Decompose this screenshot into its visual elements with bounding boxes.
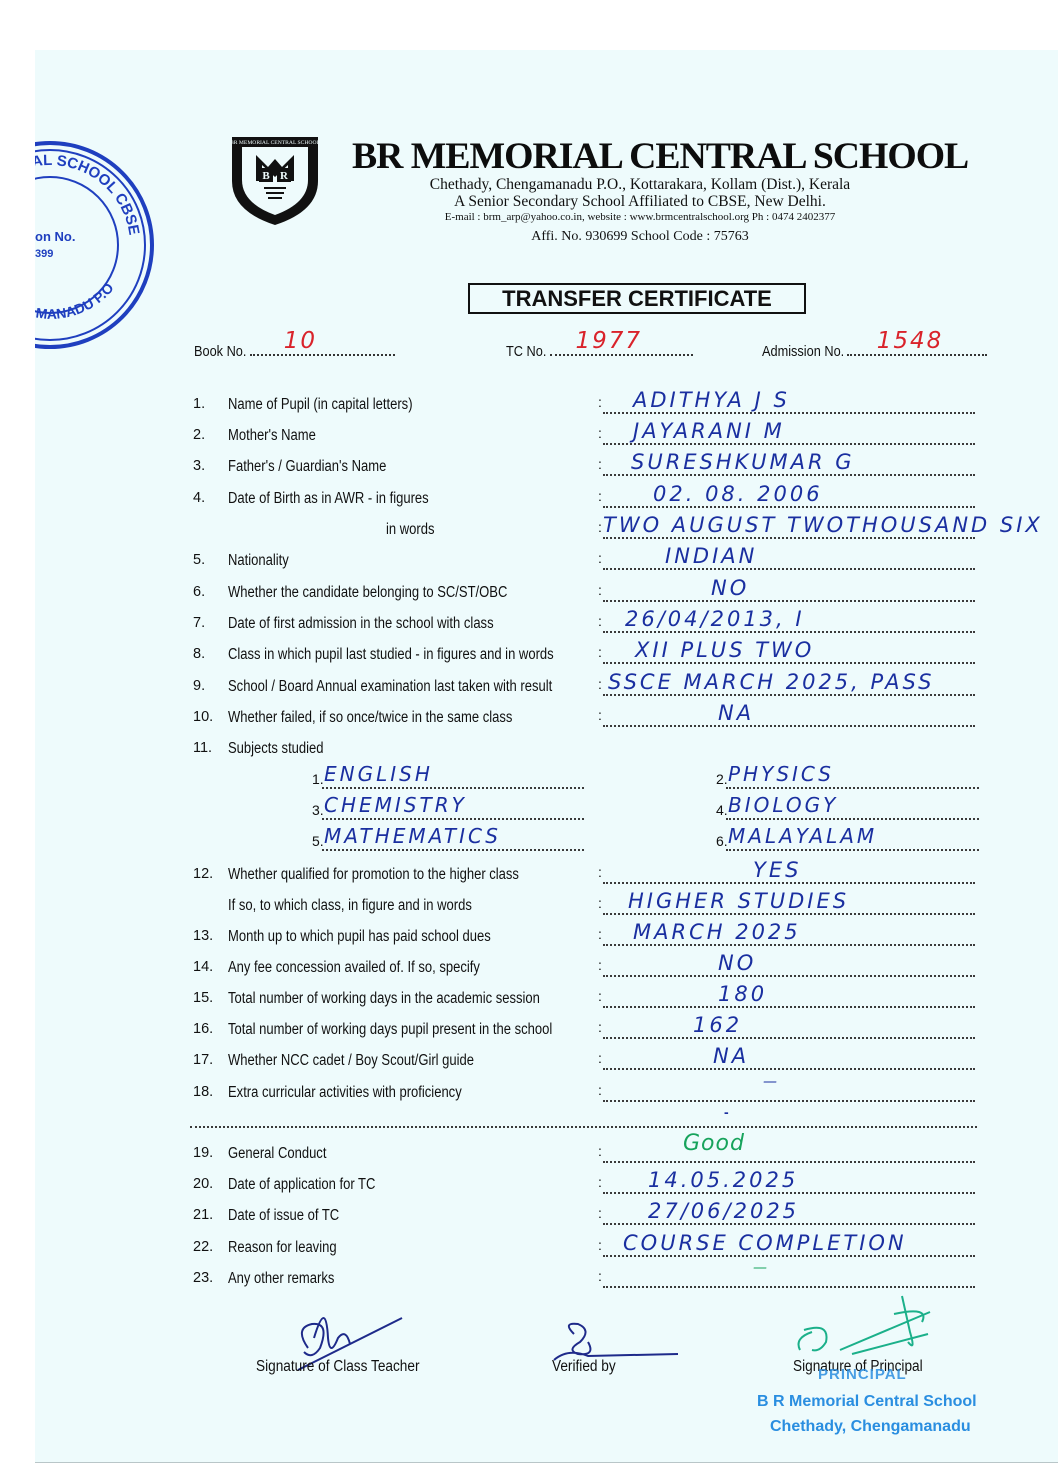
field-line <box>603 537 975 539</box>
subject-name: CHEMISTRY <box>324 793 467 817</box>
field-value: COURSE COMPLETION <box>623 1231 907 1255</box>
field-number: 14. <box>193 959 225 975</box>
book-no-label: Book No. <box>194 343 246 360</box>
field-row: 22.Reason for leaving:COURSE COMPLETION <box>193 1235 983 1259</box>
principal-signature-mark <box>790 1292 940 1362</box>
school-name: BR MEMORIAL CENTRAL SCHOOL <box>352 135 954 178</box>
field-value: 14.05.2025 <box>648 1168 798 1192</box>
field-line <box>603 1006 975 1008</box>
book-no-value: 10 <box>284 328 317 354</box>
subject-name: PHYSICS <box>728 762 834 786</box>
field-label: Whether NCC cadet / Boy Scout/Girl guide <box>228 1052 474 1070</box>
field-colon: : <box>598 644 602 660</box>
field-number: 7. <box>193 615 225 631</box>
field-value: Good <box>683 1131 745 1156</box>
field-row: 14.Any fee concession availed of. If so,… <box>193 955 983 979</box>
field-line <box>603 694 975 696</box>
subject-item: 4.BIOLOGY <box>716 798 979 822</box>
principal-stamp-title: PRINCIPAL <box>818 1366 907 1383</box>
book-no-field: Book No.10 <box>194 340 395 360</box>
field-label: Any fee concession availed of. If so, sp… <box>228 959 480 977</box>
field-number: 12. <box>193 866 225 882</box>
field-number: 3. <box>193 458 225 474</box>
field-number: 16. <box>193 1021 225 1037</box>
field-colon: : <box>598 1268 602 1284</box>
school-address: Chethady, Chengamanadu P.O., Kottarakara… <box>340 176 940 194</box>
admission-no-field: Admission No.1548 <box>762 340 987 360</box>
field-label: Date of first admission in the school wi… <box>228 615 494 633</box>
field-value: XII PLUS TWO <box>635 638 814 662</box>
field-label: Total number of working days pupil prese… <box>228 1021 552 1039</box>
field-number: 11. <box>193 740 225 756</box>
field-label: School / Board Annual examination last t… <box>228 678 552 696</box>
field-value: 27/06/2025 <box>648 1199 799 1223</box>
field-value: NA <box>713 1044 749 1068</box>
principal-stamp-school: B R Memorial Central School <box>757 1393 977 1411</box>
subject-number: 1. <box>312 771 324 787</box>
field-line <box>603 412 975 414</box>
field-value: NO <box>711 576 749 600</box>
field-colon: : <box>598 676 602 692</box>
school-codes: Affi. No. 930699 School Code : 75763 <box>340 229 940 245</box>
subject-line <box>726 818 979 820</box>
admission-no-value: 1548 <box>877 328 944 354</box>
subject-line <box>726 849 979 851</box>
field-line <box>603 443 975 445</box>
field-row: 15.Total number of working days in the a… <box>193 986 983 1010</box>
field-number: 22. <box>193 1239 225 1255</box>
field-label: Extra curricular activities with profici… <box>228 1084 462 1102</box>
field-row: 2.Mother's Name:JAYARANI M <box>193 423 983 447</box>
field-value: INDIAN <box>665 544 757 568</box>
field-number: 4. <box>193 490 225 506</box>
field-line <box>603 1100 975 1102</box>
field-colon: : <box>598 988 602 1004</box>
field-colon: : <box>598 394 602 410</box>
field-row: 12.Whether qualified for promotion to th… <box>193 862 983 886</box>
field-value: YES <box>753 858 801 882</box>
field-value: 162 <box>693 1013 742 1037</box>
field-label: Father's / Guardian's Name <box>228 458 386 476</box>
field-label: in words <box>386 521 434 539</box>
tc-no-label: TC No. <box>506 343 546 360</box>
field-line <box>603 1161 975 1163</box>
field-line <box>603 1255 975 1257</box>
subject-item: 5.MATHEMATICS <box>312 829 584 853</box>
subject-item: 3.CHEMISTRY <box>312 798 584 822</box>
field-row: 5.Nationality:INDIAN <box>193 548 983 572</box>
field-label: If so, to which class, in figure and in … <box>228 897 472 915</box>
field-colon: : <box>598 519 602 535</box>
field-number: 21. <box>193 1207 225 1223</box>
subject-line <box>322 787 584 789</box>
field-number: 2. <box>193 427 225 443</box>
field-colon: : <box>598 1143 602 1159</box>
field-line <box>603 1068 975 1070</box>
extra-line-mark: - <box>724 1104 729 1120</box>
field-line <box>603 1286 975 1288</box>
subject-name: ENGLISH <box>324 762 433 786</box>
field-line <box>603 474 975 476</box>
field-row: 20.Date of application for TC:14.05.2025 <box>193 1172 983 1196</box>
field-colon: : <box>598 1237 602 1253</box>
field-value: 02. 08. 2006 <box>653 482 823 506</box>
field-row: 7.Date of first admission in the school … <box>193 611 983 635</box>
field-row: If so, to which class, in figure and in … <box>193 893 983 917</box>
field-value: HIGHER STUDIES <box>628 889 849 913</box>
field-colon: : <box>598 957 602 973</box>
field-value: NA <box>718 701 754 725</box>
field-label: Subjects studied <box>228 740 324 758</box>
subject-number: 2. <box>716 771 728 787</box>
field-value: NO <box>718 951 756 975</box>
field-row: 19.General Conduct:Good <box>193 1141 983 1165</box>
field-label: Whether qualified for promotion to the h… <box>228 866 519 884</box>
certificate-title: TRANSFER CERTIFICATE <box>468 283 806 314</box>
field-row: 1.Name of Pupil (in capital letters):ADI… <box>193 392 983 416</box>
field-row: 8.Class in which pupil last studied - in… <box>193 642 983 666</box>
admission-no-label: Admission No. <box>762 343 844 360</box>
field-line <box>603 882 975 884</box>
field-colon: : <box>598 1082 602 1098</box>
field-value: SSCE MARCH 2025, PASS <box>608 670 934 694</box>
subject-number: 3. <box>312 802 324 818</box>
field-row: 9.School / Board Annual examination last… <box>193 674 983 698</box>
field-row: 3.Father's / Guardian's Name:SURESHKUMAR… <box>193 454 983 478</box>
field-number: 17. <box>193 1052 225 1068</box>
field-line <box>603 1037 975 1039</box>
field-label: Total number of working days in the acad… <box>228 990 540 1008</box>
subject-name: MATHEMATICS <box>324 824 501 848</box>
field-number: 9. <box>193 678 225 694</box>
field-colon: : <box>598 613 602 629</box>
subject-item: 6.MALAYALAM <box>716 829 979 853</box>
field-label: Whether failed, if so once/twice in the … <box>228 709 512 727</box>
field-colon: : <box>598 864 602 880</box>
page-margin <box>0 0 35 1483</box>
field-row: 16.Total number of working days pupil pr… <box>193 1017 983 1041</box>
field-label: Any other remarks <box>228 1270 334 1288</box>
field-value: JAYARANI M <box>633 419 785 443</box>
field-line <box>603 662 975 664</box>
field-number: 1. <box>193 396 225 412</box>
field-colon: : <box>598 926 602 942</box>
field-row: 23.Any other remarks:— <box>193 1266 983 1290</box>
field-label: General Conduct <box>228 1145 326 1163</box>
field-colon: : <box>598 895 602 911</box>
school-contact: E-mail : brm_arp@yahoo.co.in, website : … <box>340 211 940 223</box>
field-colon: : <box>598 425 602 441</box>
extra-activities-continuation-line <box>190 1126 977 1128</box>
field-value: ADITHYA J S <box>633 388 790 412</box>
field-row: 21.Date of issue of TC:27/06/2025 <box>193 1203 983 1227</box>
school-affiliation: A Senior Secondary School Affiliated to … <box>340 193 940 211</box>
field-line <box>603 975 975 977</box>
field-line <box>603 506 975 508</box>
subject-number: 4. <box>716 802 728 818</box>
subject-line <box>322 818 584 820</box>
field-colon: : <box>598 1205 602 1221</box>
subject-item: 1.ENGLISH <box>312 767 584 791</box>
field-number: 10. <box>193 709 225 725</box>
field-colon: : <box>598 1019 602 1035</box>
subject-number: 6. <box>716 833 728 849</box>
field-value: 180 <box>718 982 767 1006</box>
field-row: 11.Subjects studied <box>193 736 983 760</box>
field-number: 20. <box>193 1176 225 1192</box>
field-line <box>603 600 975 602</box>
field-line <box>603 631 975 633</box>
verified-by-label: Verified by <box>552 1358 616 1376</box>
field-row: in words:TWO AUGUST TWOTHOUSAND SIX <box>193 517 983 541</box>
school-logo: BR MEMORIAL CENTRAL SCHOOL B R <box>228 133 322 227</box>
field-label: Date of application for TC <box>228 1176 375 1194</box>
field-row: 17.Whether NCC cadet / Boy Scout/Girl gu… <box>193 1048 983 1072</box>
field-line <box>603 913 975 915</box>
field-colon: : <box>598 1174 602 1190</box>
field-number: 5. <box>193 552 225 568</box>
field-line <box>603 568 975 570</box>
field-colon: : <box>598 582 602 598</box>
svg-text:B: B <box>262 170 270 182</box>
subject-line <box>322 849 584 851</box>
field-value: SURESHKUMAR G <box>631 450 854 474</box>
class-teacher-signature-label: Signature of Class Teacher <box>256 1358 420 1376</box>
field-number: 19. <box>193 1145 225 1161</box>
subject-name: BIOLOGY <box>728 793 838 817</box>
field-line <box>603 944 975 946</box>
field-value: — <box>763 1074 780 1090</box>
subject-line <box>726 787 979 789</box>
field-colon: : <box>598 707 602 723</box>
logo-top-text: BR MEMORIAL CENTRAL SCHOOL <box>230 140 320 146</box>
stamp-center-line2: 399 <box>35 248 53 260</box>
field-label: Date of Birth as in AWR - in figures <box>228 490 429 508</box>
subject-number: 5. <box>312 833 324 849</box>
field-label: Nationality <box>228 552 289 570</box>
field-value: — <box>753 1260 770 1276</box>
field-colon: : <box>598 1050 602 1066</box>
field-colon: : <box>598 488 602 504</box>
field-number: 15. <box>193 990 225 1006</box>
tc-no-value: 1977 <box>576 328 643 354</box>
field-label: Mother's Name <box>228 427 316 445</box>
field-label: Date of issue of TC <box>228 1207 339 1225</box>
field-value: TWO AUGUST TWOTHOUSAND SIX <box>603 513 1043 537</box>
field-label: Name of Pupil (in capital letters) <box>228 396 413 414</box>
field-number: 23. <box>193 1270 225 1286</box>
tc-no-field: TC No.1977 <box>506 340 693 360</box>
field-number: 18. <box>193 1084 225 1100</box>
field-label: Month up to which pupil has paid school … <box>228 928 491 946</box>
field-line <box>603 1223 975 1225</box>
field-label: Reason for leaving <box>228 1239 337 1257</box>
field-line <box>603 725 975 727</box>
field-row: 6.Whether the candidate belonging to SC/… <box>193 580 983 604</box>
svg-text:R: R <box>280 170 289 182</box>
field-number: 8. <box>193 646 225 662</box>
field-row: 4.Date of Birth as in AWR - in figures:0… <box>193 486 983 510</box>
field-line <box>603 1192 975 1194</box>
subject-item: 2.PHYSICS <box>716 767 979 791</box>
field-colon: : <box>598 550 602 566</box>
field-number: 13. <box>193 928 225 944</box>
field-number: 6. <box>193 584 225 600</box>
field-row: 13.Month up to which pupil has paid scho… <box>193 924 983 948</box>
principal-stamp-place: Chethady, Chengamanadu <box>770 1418 971 1436</box>
field-row: 18.Extra curricular activities with prof… <box>193 1080 983 1104</box>
field-label: Class in which pupil last studied - in f… <box>228 646 554 664</box>
stamp-center-line1: on No. <box>35 229 75 244</box>
field-value: MARCH 2025 <box>633 920 801 944</box>
field-row: 10.Whether failed, if so once/twice in t… <box>193 705 983 729</box>
field-colon: : <box>598 456 602 472</box>
field-value: 26/04/2013, I <box>625 607 805 631</box>
subject-name: MALAYALAM <box>728 824 877 848</box>
field-label: Whether the candidate belonging to SC/ST… <box>228 584 507 602</box>
